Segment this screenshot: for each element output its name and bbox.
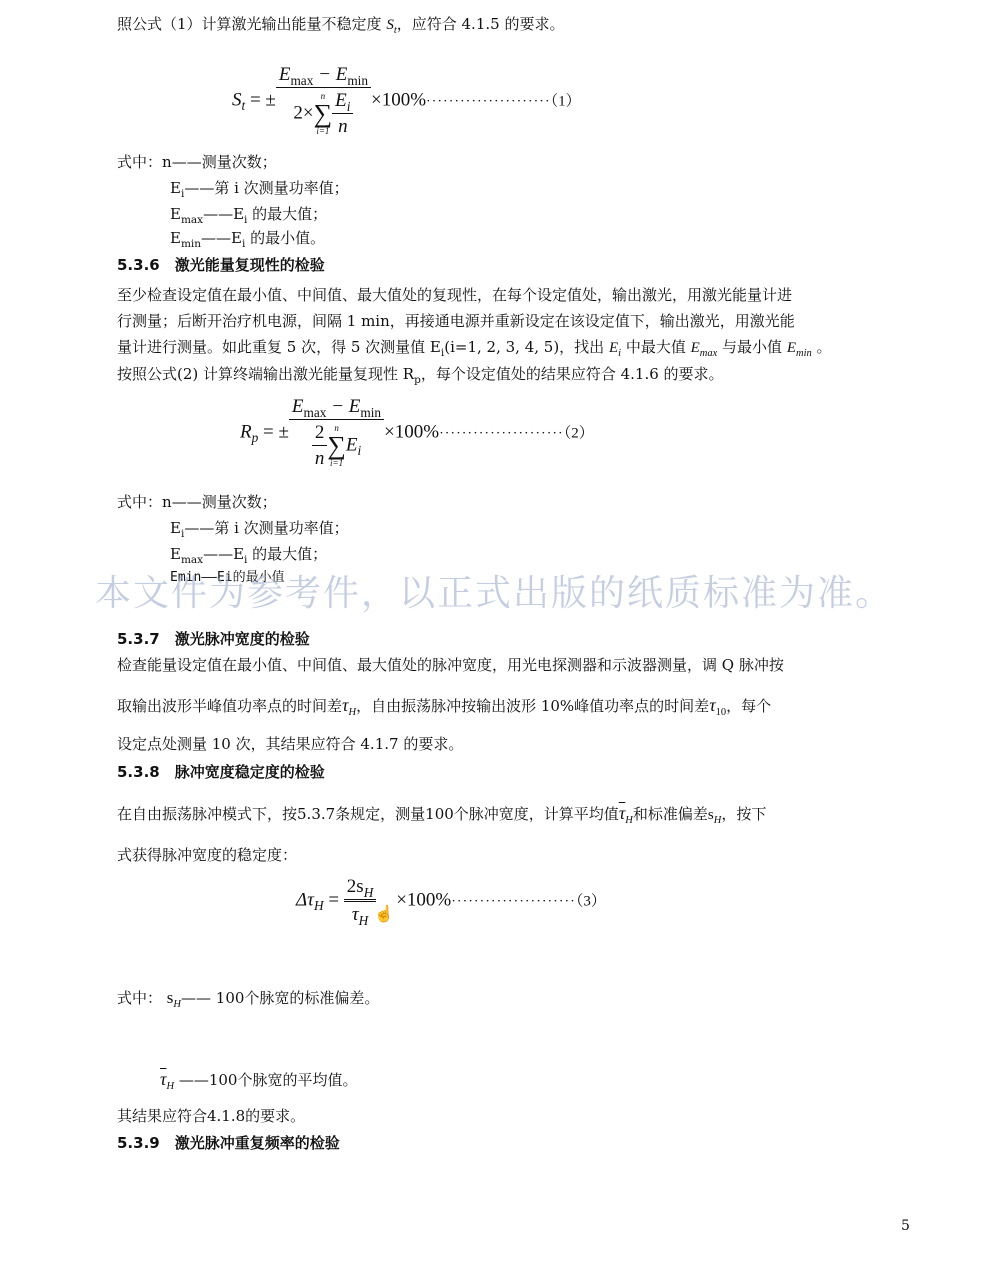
sub: min [796, 348, 812, 359]
f1-fraction: Emax − Emin 2×n∑i=1Ein [276, 64, 371, 138]
line-text: ，每个 [726, 697, 771, 715]
f2-sum-bot: i=1 [327, 459, 346, 468]
f1-ei: E [335, 90, 347, 111]
f1-numerator: Emax − Emin [276, 64, 371, 88]
legend-3-s: 式中： sH—— 100个脉宽的标准偏差。 [117, 988, 379, 1008]
desc: ——第 i 次测量功率值； [184, 519, 348, 537]
desc: ——E [201, 229, 242, 247]
f2-numerator: Emax − Emin [289, 396, 384, 420]
intro-line: 照公式（1）计算激光输出能量不稳定度 St，应符合 4.1.5 的要求。 [117, 14, 564, 35]
intro-tail: ，应符合 4.1.5 的要求。 [397, 15, 565, 33]
sub: max [181, 214, 203, 226]
f1-denominator: 2×n∑i=1Ein [276, 88, 371, 138]
sub: H [348, 707, 356, 718]
intro-text: 照公式（1）计算激光输出能量不稳定度 [117, 15, 386, 33]
sub: H [625, 815, 633, 826]
desc: ——测量次数； [172, 493, 277, 511]
legend-2-row-emax: Emax——Ei 的最大值； [117, 544, 349, 564]
f2-lhs: R [240, 421, 252, 442]
heading-5-3-6: 5.3.6 激光能量复现性的检验 [117, 255, 325, 275]
f2-emax-sub: max [304, 405, 327, 420]
legend-prefix: 式中： [117, 989, 162, 1007]
sym: n [162, 153, 172, 171]
sym: E [170, 179, 181, 197]
result-statement: 其结果应符合4.1.8的要求。 [117, 1106, 305, 1126]
heading-5-3-8: 5.3.8 脉冲宽度稳定度的检验 [117, 762, 325, 782]
f2-fraction: Emax − Emin 2nn∑i=1Ei [289, 396, 384, 470]
desc-tail: 的最大值； [247, 545, 327, 563]
paragraph-line: 按照公式(2) 计算终端输出激光能量复现性 Rp，每个设定值处的结果应符合 4.… [117, 361, 832, 387]
line-text: (i=1, 2, 3, 4, 5)，找出 [444, 338, 609, 356]
sub: max [181, 554, 203, 566]
f1-emax: E [279, 64, 291, 85]
f2-two-over-n: 2n [312, 422, 328, 470]
line-text: ，按下 [721, 805, 766, 823]
f2-emax: E [292, 396, 304, 417]
sym: E [170, 229, 181, 247]
sigma-icon: n∑i=1 [327, 424, 346, 468]
section-5-3-7-body: 检查能量设定值在最小值、中间值、最大值处的脉冲宽度，用光电探测器和示波器测量，调… [117, 655, 784, 754]
f2-dots: ······················ [439, 426, 564, 441]
line-text: ，每个设定值处的结果应符合 4.1.6 的要求。 [421, 365, 724, 383]
desc: ——E [203, 545, 244, 563]
symbol-s: S [386, 17, 394, 33]
f1-eq: = ± [245, 89, 276, 110]
heading-5-3-7: 5.3.7 激光脉冲宽度的检验 [117, 629, 310, 649]
sym: E [170, 545, 181, 563]
desc: ——100个脉宽的平均值。 [174, 1071, 357, 1089]
f1-inner-fraction: Ein [332, 90, 353, 138]
legend-1: 式中：n——测量次数； Ei——第 i 次测量功率值； Emax——Ei 的最大… [117, 152, 349, 248]
f2-denominator: 2nn∑i=1Ei [289, 420, 384, 470]
f2-two: 2 [312, 422, 328, 446]
desc: ——Ei的最小值 [201, 570, 284, 585]
paragraph-line: 在自由振荡脉冲模式下，按5.3.7条规定，测量100个脉冲宽度，计算平均值τH和… [117, 803, 766, 825]
f1-sum-bot: i=1 [314, 127, 333, 136]
paragraph-line: 检查能量设定值在最小值、中间值、最大值处的脉冲宽度，用光电探测器和示波器测量，调… [117, 655, 784, 675]
section-5-3-6-body: 至少检查设定值在最小值、中间值、最大值处的复现性，在每个设定值处，输出激光，用激… [117, 282, 832, 387]
sym: n [162, 493, 172, 511]
legend-1-row-ei: Ei——第 i 次测量功率值； [117, 178, 349, 198]
f2-n: n [312, 446, 328, 470]
f2-tail: ×100% [384, 421, 439, 442]
desc: ——第 i 次测量功率值； [184, 179, 348, 197]
paragraph-line: 行测量；后断开治疗机电源，间隔 1 min，再接通电源并重新设定在该设定值下，输… [117, 308, 832, 334]
f3-eq: = [324, 889, 344, 910]
legend-1-row-n: 式中：n——测量次数； [117, 152, 349, 172]
f1-tail: ×100% [371, 89, 426, 110]
f1-emin: − E [313, 64, 347, 85]
f2-label: （2） [564, 425, 594, 441]
paragraph-line: 量计进行测量。如此重复 5 次，得 5 次测量值 Ei(i=1, 2, 3, 4… [117, 334, 832, 361]
f1-dots: ······················ [426, 94, 551, 109]
hand-cursor-icon: ☝ [374, 906, 394, 923]
sym-emin: E [787, 340, 796, 356]
f2-emin: − E [326, 396, 360, 417]
sub: p [414, 374, 421, 386]
legend-prefix: 式中： [117, 493, 162, 511]
f3-denominator: τH [344, 902, 377, 926]
heading-5-3-9: 5.3.9 激光脉冲重复频率的检验 [117, 1133, 340, 1153]
f3-fraction: 2sH τH [344, 876, 377, 926]
legend-2-row-ei: Ei——第 i 次测量功率值； [117, 518, 349, 538]
f3-numerator: 2sH [344, 876, 377, 902]
f1-n: n [332, 114, 353, 138]
line-text: 量计进行测量。如此重复 5 次，得 5 次测量值 E [117, 338, 441, 356]
legend-2-row-emin: Emin——Ei的最小值 [117, 568, 349, 588]
section-5-3-8-body: 在自由振荡脉冲模式下，按5.3.7条规定，测量100个脉冲宽度，计算平均值τH和… [117, 803, 766, 865]
desc: ——E [203, 205, 244, 223]
f3-lhs-sub: H [314, 898, 324, 913]
line-text: 。 [812, 338, 832, 356]
legend-1-row-emin: Emin——Ei 的最小值。 [117, 228, 349, 248]
sym: E [170, 519, 181, 537]
formula-2: Rp = ± Emax − Emin 2nn∑i=1Ei ×100%······… [240, 396, 594, 470]
legend-1-row-emax: Emax——Ei 的最大值； [117, 204, 349, 224]
line-text: 在自由振荡脉冲模式下，按5.3.7条规定，测量100个脉冲宽度，计算平均值 [117, 805, 619, 823]
f1-label: （1） [551, 93, 581, 109]
paragraph-line: 式获得脉冲宽度的稳定度： [117, 845, 766, 865]
f3-2s: 2s [347, 876, 364, 897]
desc: ——测量次数； [172, 153, 277, 171]
f1-den-pre: 2× [293, 102, 313, 123]
line-text: 取输出波形半峰值功率点的时间差 [117, 697, 342, 715]
f1-emax-sub: max [290, 73, 313, 88]
sym-emax: E [691, 340, 700, 356]
f2-ei-sub: i [357, 443, 361, 458]
f1-emin-sub: min [347, 73, 368, 88]
f3-tau-sub: H [359, 913, 369, 928]
paragraph-line: 至少检查设定值在最小值、中间值、最大值处的复现性，在每个设定值处，输出激光，用激… [117, 282, 832, 308]
sym-ei: E [609, 340, 618, 356]
line-text: 按照公式(2) 计算终端输出激光能量复现性 R [117, 365, 414, 383]
f2-ei: E [346, 434, 358, 455]
f3-dots: ······················ [451, 894, 576, 909]
legend-3-tau: τH ——100个脉宽的平均值。 [160, 1069, 357, 1090]
f3-tail: ×100% [396, 889, 451, 910]
sym: E [170, 205, 181, 223]
line-text: 和标准偏差 [633, 805, 708, 823]
sub: H [173, 999, 181, 1010]
sub: H [166, 1081, 174, 1092]
line-text: ，自由振荡脉冲按输出波形 10%峰值功率点的时间差 [356, 697, 709, 715]
f3-label: （3） [576, 893, 606, 909]
line-text: 与最小值 [717, 338, 787, 356]
page-number: 5 [901, 1216, 910, 1236]
desc: —— 100个脉宽的标准偏差。 [181, 989, 379, 1007]
desc-tail: 的最小值。 [245, 229, 325, 247]
formula-3: ΔτH = 2sH τH ☝×100%·····················… [296, 876, 606, 926]
legend-prefix: 式中： [117, 153, 162, 171]
f3-lhs: Δτ [296, 889, 314, 910]
sigma-icon: n∑i=1 [314, 92, 333, 136]
sym: Emin [170, 570, 201, 585]
f1-ei-sub: i [347, 99, 351, 114]
sub: max [700, 348, 718, 359]
f1-lhs: S [232, 89, 242, 110]
legend-2-row-n: 式中：n——测量次数； [117, 492, 349, 512]
line-text: 中最大值 [621, 338, 691, 356]
f3-2s-sub: H [364, 885, 374, 900]
desc-tail: 的最大值； [247, 205, 327, 223]
paragraph-line: 取输出波形半峰值功率点的时间差τH，自由振荡脉冲按输出波形 10%峰值功率点的时… [117, 695, 784, 716]
f2-eq: = ± [258, 421, 289, 442]
sub: min [181, 238, 201, 250]
formula-1: St = ± Emax − Emin 2×n∑i=1Ein ×100%·····… [232, 64, 581, 138]
legend-2: 式中：n——测量次数； Ei——第 i 次测量功率值； Emax——Ei 的最大… [117, 492, 349, 588]
paragraph-line: 设定点处测量 10 次，其结果应符合 4.1.7 的要求。 [117, 734, 784, 754]
f2-emin-sub: min [360, 405, 381, 420]
sub: 10 [716, 707, 727, 718]
f3-tau: τ [352, 904, 359, 925]
